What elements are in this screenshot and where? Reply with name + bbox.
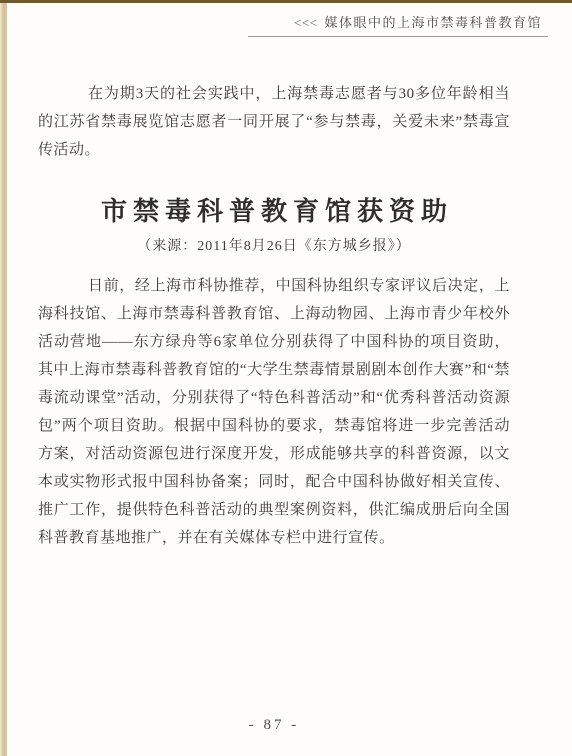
running-header-text: <<<媒体眼中的上海市禁毒科普教育馆 — [248, 12, 548, 31]
running-header: <<<媒体眼中的上海市禁毒科普教育馆 — [248, 12, 548, 37]
page-content: 在为期3天的社会实践中，上海禁毒志愿者与30多位年龄相当的江苏省禁毒展览馆志愿者… — [38, 80, 510, 552]
article-body: 日前，经上海市科协推荐，中国科协组织专家评议后决定，上海科技馆、上海市禁毒科普教… — [38, 272, 510, 552]
left-edge-stripe — [0, 0, 7, 756]
article-source: （来源：2011年8月26日《东方城乡报》） — [38, 235, 510, 255]
chevrons-left-icon: <<< — [294, 15, 318, 30]
article-title: 市禁毒科普教育馆获资助 — [38, 191, 510, 228]
running-header-title: 媒体眼中的上海市禁毒科普教育馆 — [324, 15, 542, 30]
header-rule — [248, 36, 548, 37]
page-number: - 87 - — [249, 717, 300, 733]
top-border-line — [0, 0, 572, 3]
intro-paragraph: 在为期3天的社会实践中，上海禁毒志愿者与30多位年龄相当的江苏省禁毒展览馆志愿者… — [38, 80, 510, 164]
page-footer: - 87 - — [38, 717, 510, 734]
book-page: <<<媒体眼中的上海市禁毒科普教育馆 在为期3天的社会实践中，上海禁毒志愿者与3… — [0, 0, 572, 756]
